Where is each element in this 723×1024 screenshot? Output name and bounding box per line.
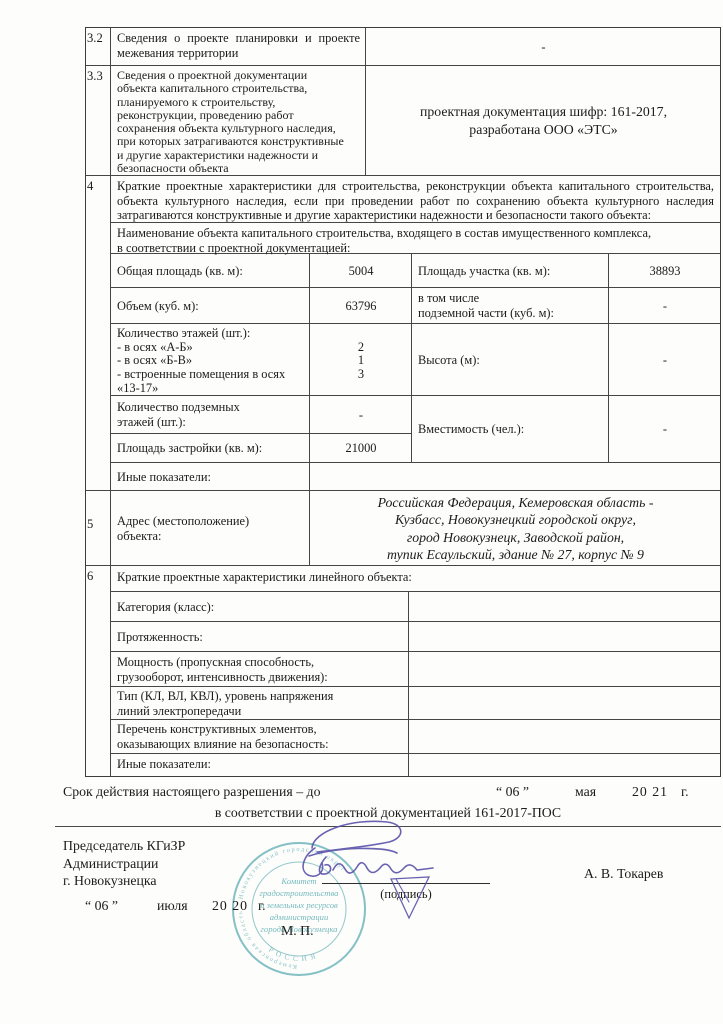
- footprint-row: Площадь застройки (кв. м): 21000: [111, 434, 411, 462]
- footprint-value: 21000: [310, 434, 411, 462]
- row-3-3-label: Сведения о проектной документации объект…: [111, 66, 366, 175]
- row-number: 3.3: [86, 66, 111, 175]
- signing-date-month: июля: [157, 898, 188, 914]
- category-label: Категория (класс):: [111, 592, 409, 621]
- floors-values: 2 1 3: [310, 324, 412, 395]
- basement-label: Количество подземных этажей (шт.):: [111, 396, 310, 433]
- footprint-label: Площадь застройки (кв. м):: [111, 434, 310, 462]
- permit-document-page: 3.2 Сведения о проекте планировки и прое…: [0, 0, 723, 1024]
- row-number: 5: [86, 491, 111, 565]
- underground-value: -: [609, 288, 720, 323]
- volume-label: Объем (куб. м):: [111, 288, 310, 323]
- row-3-2-label: Сведения о проекте планировки и проекте …: [111, 28, 366, 65]
- row-4-header: Краткие проектные характеристики для стр…: [111, 176, 720, 223]
- row-3-3: 3.3 Сведения о проектной документации об…: [86, 66, 720, 176]
- category-value: [409, 592, 720, 621]
- length-value: [409, 622, 720, 651]
- linear-other-label: Иные показатели:: [111, 754, 409, 776]
- power-value: [409, 652, 720, 686]
- address-label: Адрес (местоположение) объекта:: [111, 491, 310, 565]
- signing-date-year: 20 20: [212, 898, 248, 914]
- total-area-value: 5004: [310, 254, 412, 287]
- length-label: Протяженность:: [111, 622, 409, 651]
- row-3-2: 3.2 Сведения о проекте планировки и прое…: [86, 28, 720, 66]
- height-label: Высота (м):: [412, 324, 609, 395]
- volume-value: 63796: [310, 288, 412, 323]
- row-3-3-value: проектная документация шифр: 161-2017, р…: [366, 66, 720, 175]
- signer-title: Председатель КГиЗР Администрации г. Ново…: [63, 837, 185, 890]
- row-4-subheader: Наименование объекта капитального строит…: [111, 223, 720, 254]
- linear-row-other: Иные показатели:: [111, 754, 720, 776]
- linear-row-length: Протяженность:: [111, 622, 720, 652]
- type-label: Тип (КЛ, ВЛ, КВЛ), уровень напряжения ли…: [111, 687, 409, 719]
- other-indicators-label: Иные показатели:: [111, 463, 310, 490]
- row-4: 4 Краткие проектные характеристики для с…: [86, 176, 720, 491]
- permit-table: 3.2 Сведения о проекте планировки и прое…: [85, 27, 721, 777]
- metric-row-basement-footprint: Количество подземных этажей (шт.): - Пло…: [111, 396, 720, 463]
- metric-row-floors: Количество этажей (шт.): - в осях «А-Б» …: [111, 324, 720, 396]
- linear-row-elements: Перечень конструктивных элементов, оказы…: [111, 720, 720, 754]
- signing-date-day: “ 06 ”: [85, 898, 118, 914]
- plot-area-value: 38893: [609, 254, 720, 287]
- row-6-content: Краткие проектные характеристики линейно…: [111, 566, 720, 776]
- height-value: -: [609, 324, 720, 395]
- validity-day: “ 06 ”: [496, 784, 529, 800]
- signature-ink: [295, 806, 485, 931]
- total-area-label: Общая площадь (кв. м):: [111, 254, 310, 287]
- row-number: 6: [86, 566, 111, 776]
- row-5: 5 Адрес (местоположение) объекта: Россий…: [86, 491, 720, 566]
- row-4-content: Краткие проектные характеристики для стр…: [111, 176, 720, 490]
- row-6: 6 Краткие проектные характеристики линей…: [86, 566, 720, 776]
- address-value: Российская Федерация, Кемеровская област…: [310, 491, 720, 565]
- row-number: 4: [86, 176, 111, 490]
- basement-row: Количество подземных этажей (шт.): -: [111, 396, 411, 434]
- linear-row-power: Мощность (пропускная способность, грузоо…: [111, 652, 720, 687]
- linear-row-type: Тип (КЛ, ВЛ, КВЛ), уровень напряжения ли…: [111, 687, 720, 720]
- validity-label: Срок действия настоящего разрешения – до: [63, 784, 320, 800]
- power-label: Мощность (пропускная способность, грузоо…: [111, 652, 409, 686]
- linear-row-category: Категория (класс):: [111, 592, 720, 622]
- seal-placeholder-mark: М. П.: [281, 923, 314, 939]
- elements-label: Перечень конструктивных элементов, оказы…: [111, 720, 409, 753]
- floors-label: Количество этажей (шт.): - в осях «А-Б» …: [111, 324, 310, 395]
- plot-area-label: Площадь участка (кв. м):: [412, 254, 609, 287]
- underground-label: в том числе подземной части (куб. м):: [412, 288, 609, 323]
- type-value: [409, 687, 720, 719]
- signee-name: А. В. Токарев: [584, 866, 663, 882]
- elements-value: [409, 720, 720, 753]
- other-indicators-value: [310, 463, 720, 490]
- metric-row-area: Общая площадь (кв. м): 5004 Площадь учас…: [111, 254, 720, 288]
- row-3-2-value: -: [366, 28, 720, 65]
- capacity-label: Вместимость (чел.):: [412, 396, 609, 462]
- row-6-header: Краткие проектные характеристики линейно…: [111, 566, 720, 592]
- basement-footprint-stack: Количество подземных этажей (шт.): - Пло…: [111, 396, 412, 462]
- capacity-value: -: [609, 396, 720, 462]
- row-number: 3.2: [86, 28, 111, 65]
- metric-row-volume: Объем (куб. м): 63796 в том числе подзем…: [111, 288, 720, 324]
- basement-value: -: [310, 396, 411, 433]
- linear-other-value: [409, 754, 720, 776]
- metric-row-other: Иные показатели:: [111, 463, 720, 490]
- validity-year-suffix: г.: [681, 784, 689, 800]
- validity-year: 20 21: [632, 784, 668, 800]
- validity-month: мая: [575, 784, 596, 800]
- signing-date-suffix: г.: [258, 898, 266, 914]
